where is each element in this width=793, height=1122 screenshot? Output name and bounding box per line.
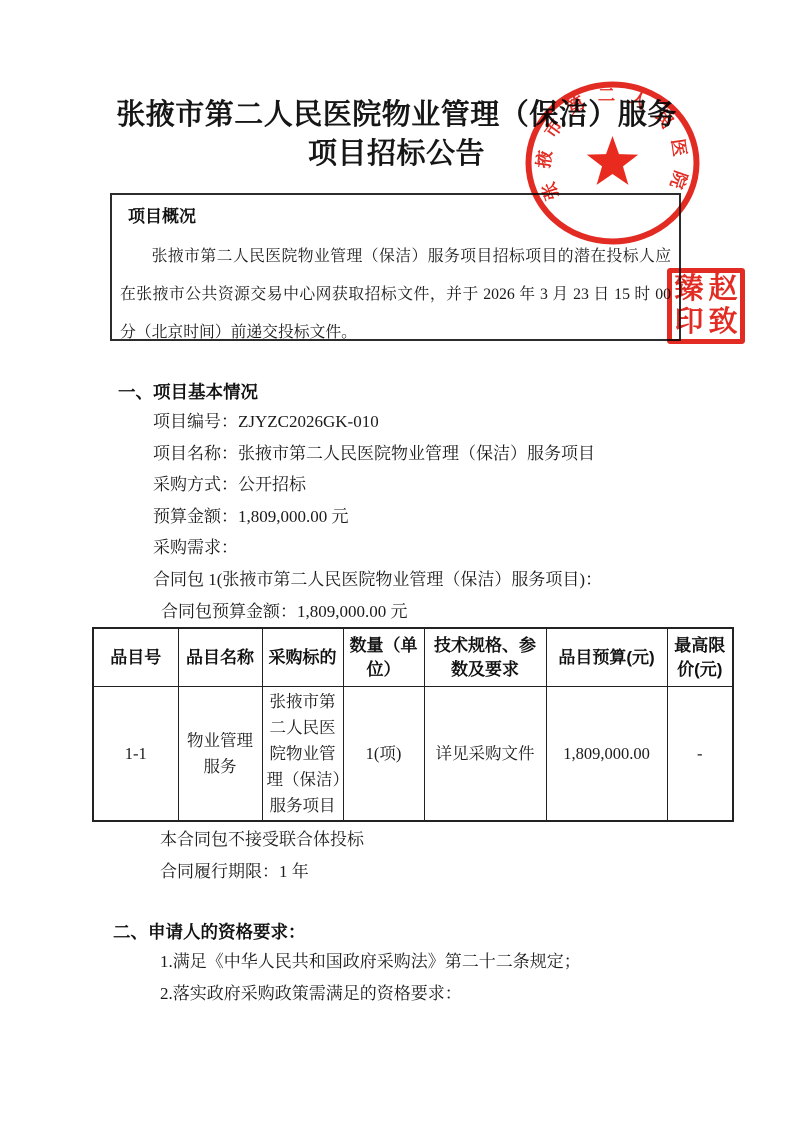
document-title-line2: 项目招标公告 <box>0 135 793 174</box>
header-item-no: 品目号 <box>93 628 178 687</box>
cell-item-name: 物业管理服务 <box>178 687 262 822</box>
contract-package-budget-line: 合同包预算金额：1,809,000.00 元 <box>153 596 602 628</box>
qualification-item-1: 1.满足《中华人民共和国政府采购法》第二十二条规定； <box>160 946 581 978</box>
procurement-demand-line: 采购需求： <box>153 532 602 564</box>
seal-char-top-right: 赵 <box>708 275 737 304</box>
procurement-items-table: 品目号 品目名称 采购标的 数量（单位） 技术规格、参数及要求 品目预算(元) … <box>92 627 734 822</box>
section2-heading: 二、申请人的资格要求： <box>113 919 306 944</box>
cell-quantity: 1(项) <box>343 687 424 822</box>
cell-subject: 张掖市第二人民医院物业管理（保洁）服务项目 <box>262 687 343 822</box>
table-row: 1-1 物业管理服务 张掖市第二人民医院物业管理（保洁）服务项目 1(项) 详见… <box>93 687 733 822</box>
no-consortium-note: 本合同包不接受联合体投标 <box>160 824 364 856</box>
header-subject: 采购标的 <box>262 628 343 687</box>
table-header-row: 品目号 品目名称 采购标的 数量（单位） 技术规格、参数及要求 品目预算(元) … <box>93 628 733 687</box>
document-title: 张掖市第二人民医院物业管理（保洁）服务 项目招标公告 <box>0 96 793 174</box>
section1-heading: 一、项目基本情况 <box>118 379 258 404</box>
tender-announcement-page: { "page": {"width": 793, "height": 1122,… <box>0 0 793 1122</box>
header-budget: 品目预算(元) <box>546 628 667 687</box>
contract-duration-note: 合同履行期限：1 年 <box>160 856 364 888</box>
header-quantity: 数量（单位） <box>343 628 424 687</box>
overview-heading: 项目概况 <box>128 202 679 227</box>
budget-amount-line: 预算金额：1,809,000.00 元 <box>153 501 602 533</box>
qualification-item-2: 2.落实政府采购政策需满足的资格要求： <box>160 978 581 1010</box>
header-max-price: 最高限价(元) <box>667 628 733 687</box>
section1-items: 项目编号：ZJYZC2026GK-010 项目名称：张掖市第二人民医院物业管理（… <box>153 406 602 627</box>
project-number-line: 项目编号：ZJYZC2026GK-010 <box>153 406 602 438</box>
contract-package-line: 合同包 1(张掖市第二人民医院物业管理（保洁）服务项目)： <box>153 564 602 596</box>
section2-items: 1.满足《中华人民共和国政府采购法》第二十二条规定； 2.落实政府采购政策需满足… <box>160 946 581 1010</box>
overview-paragraph: 张掖市第二人民医院物业管理（保洁）服务项目招标项目的潜在投标人应在张掖市公共资源… <box>120 238 671 352</box>
cell-max-price: - <box>667 687 733 822</box>
cell-item-no: 1-1 <box>93 687 178 822</box>
cell-spec: 详见采购文件 <box>424 687 546 822</box>
header-spec: 技术规格、参数及要求 <box>424 628 546 687</box>
document-title-line1: 张掖市第二人民医院物业管理（保洁）服务 <box>0 96 793 135</box>
project-overview-box: 项目概况 张掖市第二人民医院物业管理（保洁）服务项目招标项目的潜在投标人应在张掖… <box>110 193 681 341</box>
procurement-method-line: 采购方式：公开招标 <box>153 469 602 501</box>
project-name-line: 项目名称：张掖市第二人民医院物业管理（保洁）服务项目 <box>153 438 602 470</box>
header-item-name: 品目名称 <box>178 628 262 687</box>
contract-notes: 本合同包不接受联合体投标 合同履行期限：1 年 <box>160 824 364 888</box>
cell-budget: 1,809,000.00 <box>546 687 667 822</box>
seal-char-bottom-right: 致 <box>708 308 737 337</box>
